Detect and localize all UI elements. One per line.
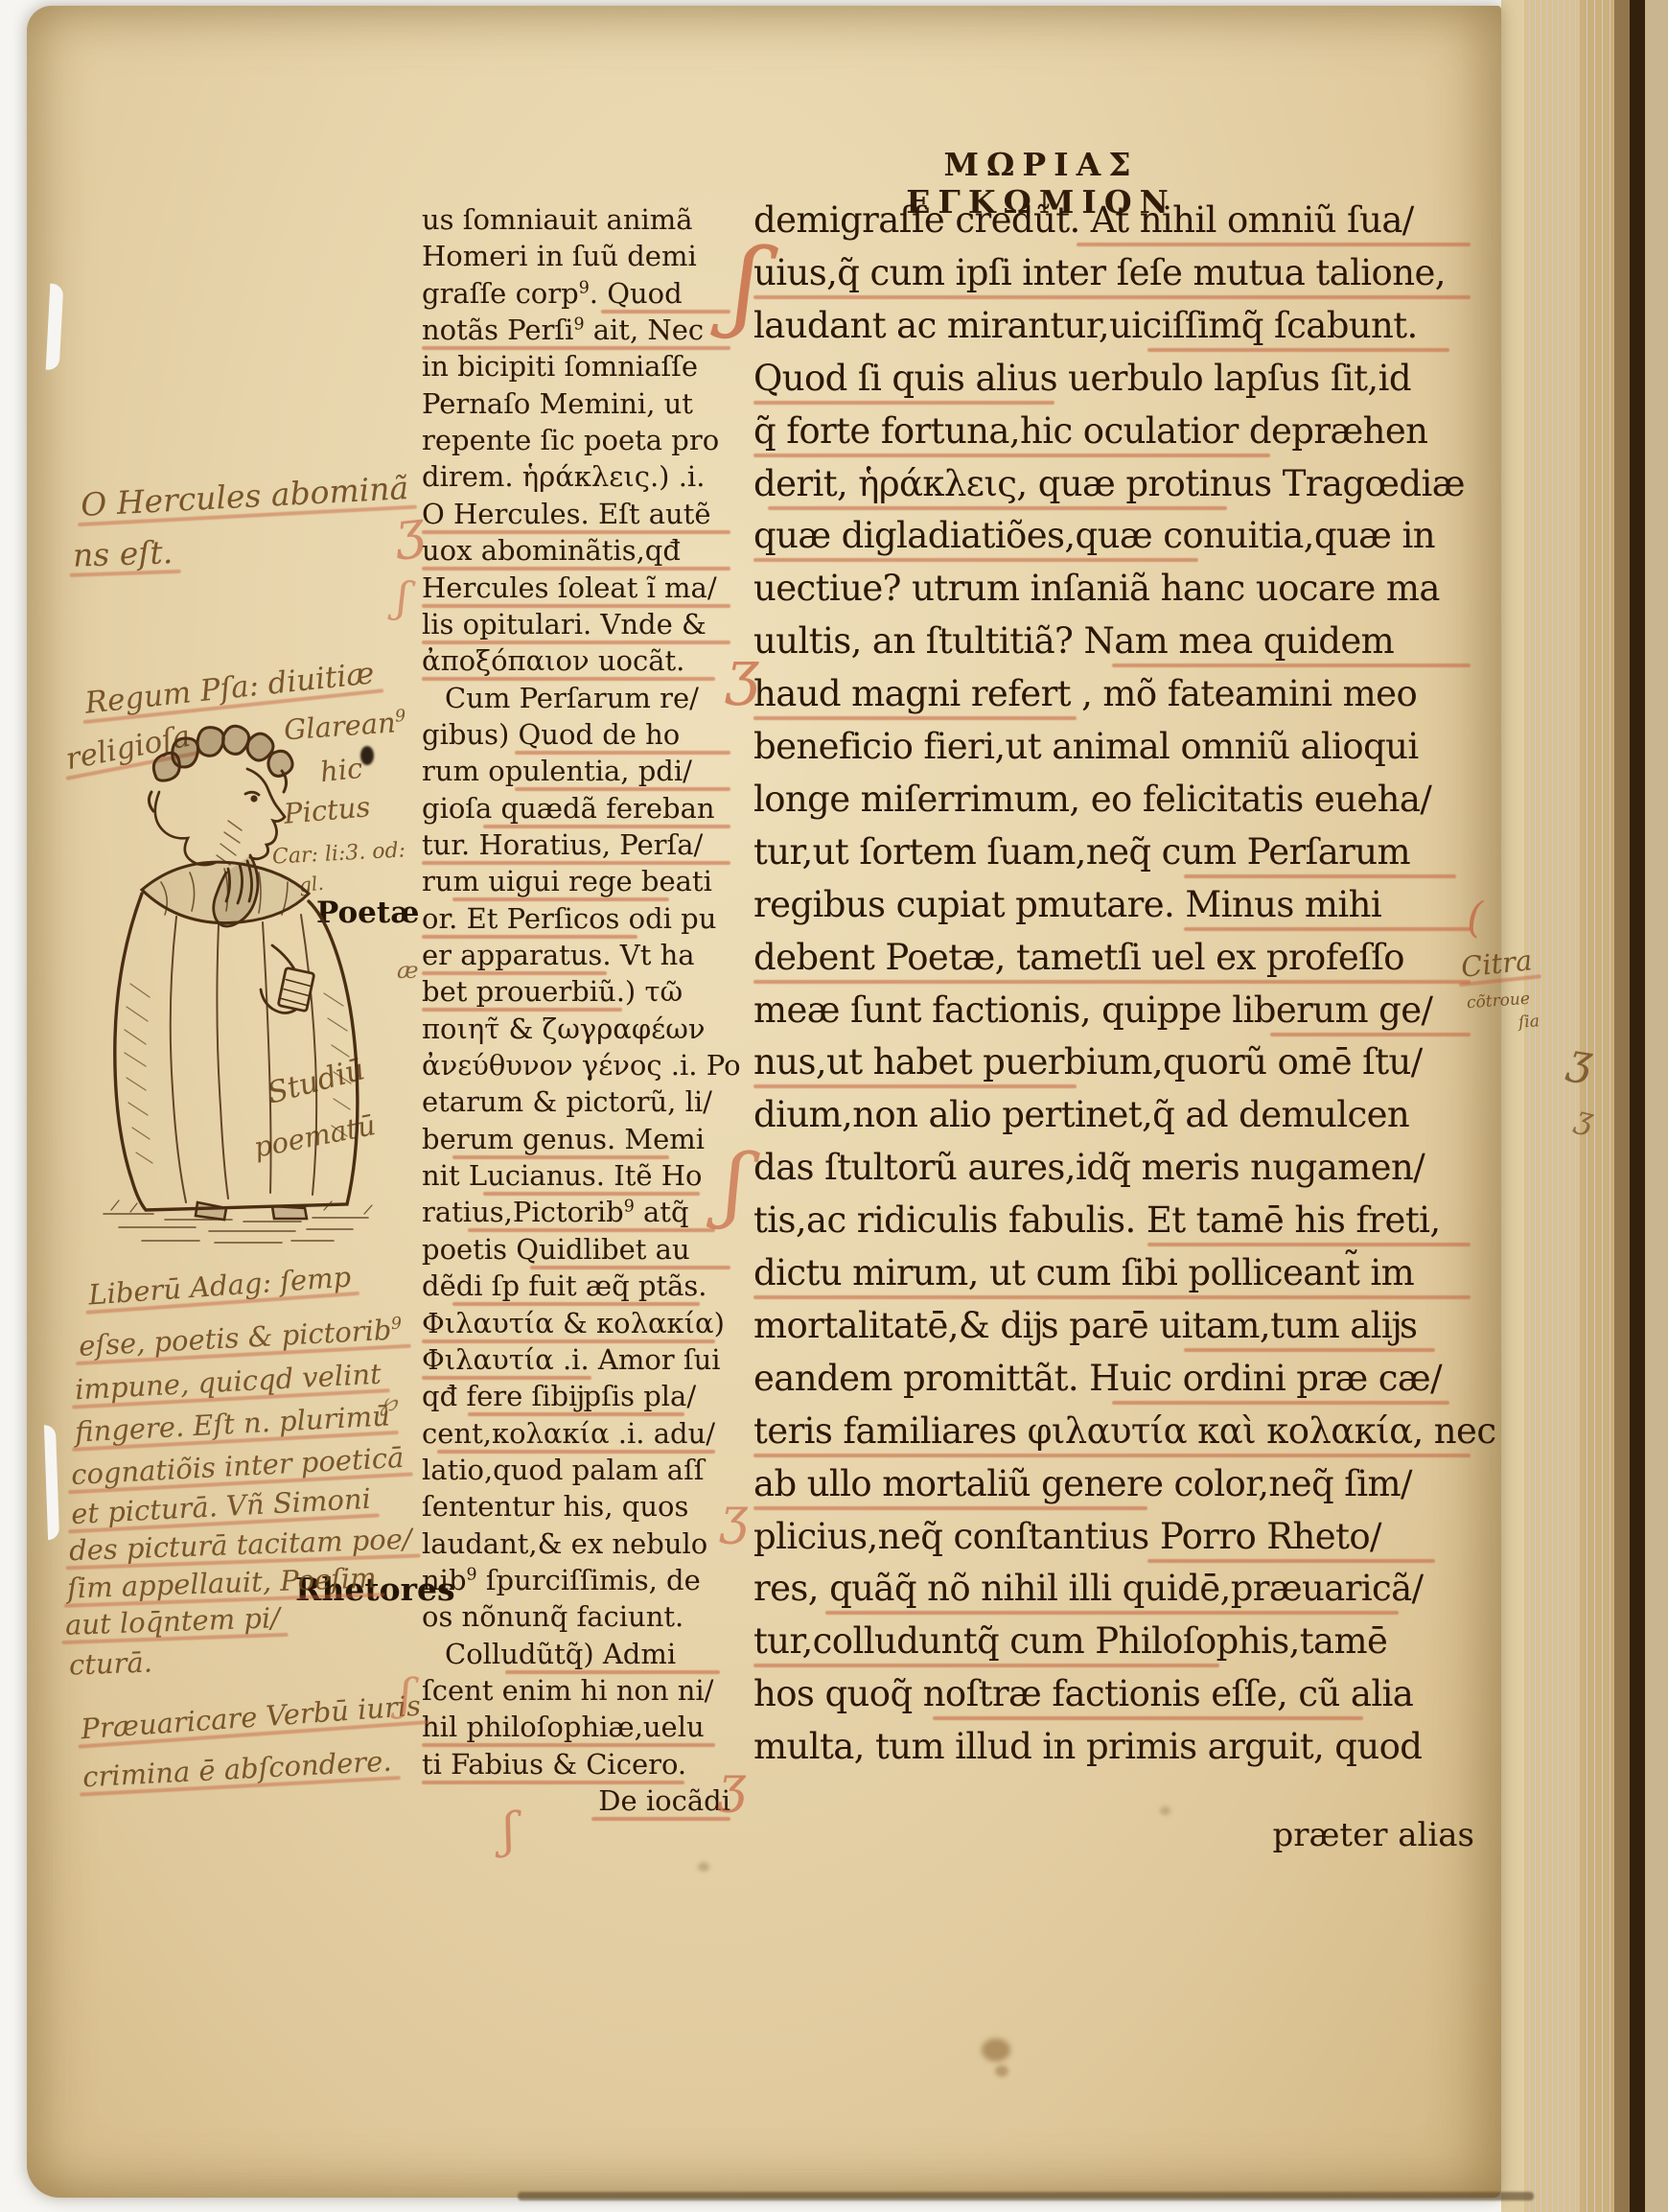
main-text-line: Quod ſi quis alius uerbulo lapſus ſit,id [753,358,1471,399]
printed-text: das ſtultorũ aures,idq̃ meris nugamen/ [753,1147,1425,1188]
commentary-line: etarum & pictorũ, li/ [422,1085,730,1118]
printed-text: ποιητ̃ & ζωγραφέων [422,1013,706,1045]
main-text-line: haud magni refert , mõ fateamini meo [753,673,1471,714]
printed-text: multa, tum illud in primis arguit, quod [753,1726,1422,1767]
red-underline [79,1720,430,1749]
commentary-line: ſententur his, quos [422,1490,730,1523]
printed-text: nit Lucianus. Itẽ Ho [422,1159,702,1192]
red-underline [768,506,1227,510]
red-underline [753,295,1471,299]
main-text-line: dium,non alio pertinet,q̃ ad demulcen [753,1094,1471,1135]
printed-text: nib9 ſpurciſſimis, de [422,1564,701,1596]
main-text-line: das ſtultorũ aures,idq̃ meris nugamen/ [753,1147,1471,1188]
commentary-line: lis opitulari. Vnde & [422,608,730,640]
handwritten-note: impune, quicqd velint [74,1358,382,1407]
commentary-line: hil philoſophiæ,uelu [422,1711,730,1743]
printed-text: uultis, an ſtultitiã? Nam mea quidem [753,620,1394,662]
handwritten-note: ſia [1517,1012,1540,1032]
ink-flourish-mark: ʒ [392,503,427,558]
red-underline [591,1817,730,1821]
poet-figure [104,726,372,1243]
cloak [115,894,358,1210]
printed-text: er apparatus. Vt ha [422,939,695,971]
catchword: præter alias [995,1816,1474,1854]
handwritten-note: ns eſt. [72,533,173,574]
ink-flourish-mark: ( [1467,897,1483,940]
printed-text: gioſa quædã fereban [422,792,715,825]
main-text-line: quæ digladiatiões,quæ conuitia,quæ in [753,515,1471,556]
red-underline [753,716,1077,720]
printed-text: demigraſſe credũt. At nihil omniũ ſua/ [753,199,1414,241]
fore-edge-pages-lined [1524,0,1580,2212]
main-text-line: beneficio fieri,ut animal omniũ alioqui [753,726,1471,767]
printed-text: tis,ac ridiculis fabulis. Et tamē his fr… [753,1199,1441,1241]
torn-edge-notch [46,284,64,371]
printed-text: ἀποξόπαιον uocãt. [422,644,684,677]
red-underline [1077,243,1471,246]
printed-text: lis opitulari. Vnde & [422,608,707,640]
main-text-line: derit, ἡράκλεις, quæ protinus Tragœdiæ [753,463,1471,504]
main-text-line: hos quoq̃ noſtræ factionis eſſe, cũ alia [753,1673,1471,1714]
printed-text: tur,ut ſortem ſuam,neq̃ cum Perſarum [753,831,1410,873]
commentary-line: ποιητ̃ & ζωγραφέων [422,1013,730,1045]
main-text-line: tur,colluduntq̃ cum Philoſophis,tamē [753,1620,1471,1662]
printed-text: tur,colluduntq̃ cum Philoſophis,tamē [753,1620,1387,1662]
commentary-line: or. Et Perſicos odi pu [422,902,730,935]
printed-text: nus,ut habet puerbium,quorũ omē ſtu/ [753,1041,1423,1083]
printed-text: beneficio fieri,ut animal omniũ alioqui [753,726,1419,767]
red-underline [753,980,1471,984]
printed-text: derit, ἡράκλεις, quæ protinus Tragœdiæ [753,463,1465,504]
main-text-line: regibus cupiat pmutare. Minus mihi [753,884,1471,925]
commentary-line: dẽdi ſp fuit æq̃ ptãs. [422,1269,730,1302]
commentary-line: rum opulentia, pdi/ [422,755,730,787]
red-underline [1147,1559,1434,1563]
printed-text: res, quãq̃ nõ nihil illi quidē,præuaricã… [753,1568,1424,1609]
red-underline [753,558,1198,562]
ink-flourish-mark: ʃ [722,1142,749,1225]
printed-text: etarum & pictorũ, li/ [422,1085,712,1118]
commentary-line: De iocãdi [422,1784,730,1817]
main-text-line: uectiue? utrum inſaniã hanc uocare ma [753,568,1471,609]
printed-text: poetis Quidlibet au [422,1233,690,1266]
red-underline [80,1776,400,1797]
page-bottom-edge-shadow [518,2192,1534,2200]
printed-text: plicius,neq̃ conſtantius Porro Rheto/ [753,1516,1381,1557]
handwritten-note: fingere. Eſt n. plurimū [74,1399,390,1448]
collar [142,862,309,922]
commentary-line: poetis Quidlibet au [422,1233,730,1266]
handwritten-note: Præuaricare Verbū iuris [80,1689,422,1746]
commentary-line: ti Fabius & Cicero. [422,1748,730,1781]
printed-text: ſententur his, quos [422,1490,688,1523]
printed-text: uox abominãtis,qđ [422,534,681,567]
commentary-line: notãs Perſi9 ait, Nec [422,314,730,346]
printed-text: in bicipiti ſomniaſſe [422,350,698,383]
scanned-book-page-photo: { "colors":{"paper":"#e7d4ab","ink":"#2a… [0,0,1668,2212]
commentary-line: Colludũtq̃) Admi [422,1638,753,1670]
handwritten-note: aut loq̄ntem pi/ [64,1601,280,1642]
main-text-line: mortalitatē,& dĳs parē uitam,tum alĳs [753,1305,1471,1346]
fore-edge-shadow [1614,0,1630,2212]
handwritten-note: Citra [1459,943,1533,984]
printed-text: teris familiares φιλαυτία καὶ κολακία, n… [753,1410,1495,1452]
printed-text: qđ fere ſibĳpſis pla/ [422,1380,696,1412]
printed-text: berum genus. Memi [422,1123,705,1155]
commentary-line: graſſe corp9. Quod [422,277,730,310]
printed-text: os nõnunq̃ faciunt. [422,1600,683,1633]
ink-flourish-mark: ʒ [726,642,759,702]
handwritten-note: crimina ē abſcondere. [81,1745,392,1794]
printed-text: latio,quod palam aſſ [422,1454,705,1486]
printed-text: cent,κολακία .i. adu/ [422,1417,715,1450]
red-underline [753,1295,1471,1299]
red-underline [70,570,181,577]
printed-text: bet prouerbiũ.) τῶ [422,975,683,1008]
main-text-line: nus,ut habet puerbium,quorũ omē ſtu/ [753,1041,1471,1083]
printed-text: Φιλαυτία .i. Amor ſui [422,1343,721,1376]
printed-text: hil philoſophiæ,uelu [422,1711,705,1743]
book-page: ΜΩΡΙΑΣ ΕΓΚΩΜΙΟΝ us ſomniauit animãHomeri… [27,6,1501,2198]
commentary-line: tur. Horatius, Perſa/ [422,828,730,861]
commentary-line: Homeri in ſuũ demi [422,240,730,272]
printed-text: Hercules ſoleat ĩ ma/ [422,571,717,604]
handwritten-note: eſse, poetis & pictorib9 [78,1313,403,1362]
fore-edge-pages-light [1501,0,1524,2212]
printed-text: laudant ac mirantur,uiciſſimq̃ ſcabunt. [753,305,1418,346]
printed-text: Colludũtq̃) Admi [445,1638,676,1670]
main-text-line: q̃ forte fortuna,hic oculatior depræhen [753,410,1471,452]
ink-flourish-mark: ʃ [399,1672,412,1716]
printed-text: meæ ſunt factionis, quippe liberum ge/ [753,990,1432,1031]
red-underline [1184,874,1456,878]
printed-text: Φιλαυτία & κολακία) [422,1307,725,1339]
commentary-line: latio,quod palam aſſ [422,1454,730,1486]
printed-text: hos quoq̃ noſtræ factionis eſſe, cũ alia [753,1673,1413,1714]
red-underline [1147,348,1448,352]
commentary-line: berum genus. Memi [422,1123,730,1155]
red-underline [1184,1348,1435,1352]
red-underline [753,1454,1471,1457]
red-underline [78,505,417,527]
red-underline [753,401,1054,405]
printed-text: repente ſic poeta pro [422,424,719,456]
commentary-line: ἀνεύθυνον γένος .i. Po [422,1049,730,1082]
stain-or-blot [698,1862,709,1872]
commentary-line: repente ſic poeta pro [422,424,730,456]
red-underline [1270,1033,1471,1036]
ink-flourish-mark: ʒ [720,1492,748,1542]
printed-text: longe miſerrimum, eo felicitatis eueha/ [753,779,1431,820]
main-text-line: dictu mirum, ut cum ſibi polliceant̃ im [753,1252,1471,1293]
main-text-line: tis,ac ridiculis fabulis. Et tamē his fr… [753,1199,1471,1241]
printed-text: debent Poetæ, tametſi uel ex profeſſo [753,937,1404,978]
commentary-line: er apparatus. Vt ha [422,939,730,971]
main-text-line: debent Poetæ, tametſi uel ex profeſſo [753,937,1471,978]
printed-text: Cum Perſarum re/ [445,682,699,714]
commentary-line: Φιλαυτία .i. Amor ſui [422,1343,730,1376]
printed-text: Quod ſi quis alius uerbulo lapſus ſit,id [753,358,1411,399]
main-text-line: eandem promittãt. Huic ordini præ cæ/ [753,1358,1471,1399]
red-underline [753,1084,1077,1088]
main-text-line: longe miſerrimum, eo felicitatis eueha/ [753,779,1471,820]
red-underline [753,1506,1147,1510]
red-underline [1147,1243,1471,1246]
handwritten-note: O Hercules abominã [80,469,409,524]
commentary-line: in bicipiti ſomniaſſe [422,350,730,383]
commentary-line: ſcent enim hi non ni/ [422,1674,730,1707]
ink-flourish-mark: ʃ [395,577,409,620]
printed-text: q̃ forte fortuna,hic oculatior depræhen [753,410,1427,452]
commentary-line: gibus) Quod de ho [422,718,730,751]
printed-text: uius,q̃ cum ipſi inter ſeſe mutua talion… [753,252,1446,293]
red-underline [933,1716,1363,1720]
printed-text: or. Et Perſicos odi pu [422,902,716,935]
commentary-line: cent,κολακία .i. adu/ [422,1417,730,1450]
main-text-line: plicius,neq̃ conſtantius Porro Rheto/ [753,1516,1471,1557]
printed-text: laudant,& ex nebulo [422,1527,707,1560]
red-underline [1112,1401,1449,1405]
commentary-line: ἀποξόπαιον uocãt. [422,644,730,677]
commentary-line: nib9 ſpurciſſimis, de [422,1564,730,1596]
red-underline [825,1611,1399,1615]
stain-or-blot [995,2065,1008,2077]
red-underline [753,1664,1219,1667]
handwritten-note: Liberū Adag: ſemp [87,1260,352,1311]
stain-or-blot [1160,1806,1170,1815]
commentary-line: Φιλαυτία & κολακία) [422,1307,730,1339]
commentary-line: bet prouerbiũ.) τῶ [422,975,730,1008]
handwritten-note: cturā. [68,1645,152,1681]
printed-text: mortalitatē,& dĳs parē uitam,tum alĳs [753,1305,1417,1346]
printed-text: Homeri in ſuũ demi [422,240,697,272]
commentary-line: ratius,Pictorib9 atq̃ [422,1196,730,1228]
red-underline [1112,664,1471,667]
commentary-line: uox abominãtis,qđ [422,534,730,567]
printed-text: tur. Horatius, Perſa/ [422,828,703,861]
printed-text: ratius,Pictorib9 atq̃ [422,1196,689,1228]
printed-text: us ſomniauit animã [422,203,693,236]
ink-flourish-mark: ʃ [500,1806,517,1855]
main-text-line: demigraſſe credũt. At nihil omniũ ſua/ [753,199,1471,241]
printed-text: notãs Perſi9 ait, Nec [422,314,704,346]
printed-text: quæ digladiatiões,quæ conuitia,quæ in [753,515,1435,556]
main-text-line: ab ullo mortaliũ genere color,neq̃ ſim/ [753,1463,1471,1504]
printed-text: graſſe corp9. Quod [422,277,683,310]
printed-text: ti Fabius & Cicero. [422,1748,686,1781]
printed-text: Pernaſo Memini, ut [422,387,693,420]
stain-or-blot [982,2038,1010,2061]
commentary-line: direm. ἡράκλεις.) .i. [422,460,730,493]
printed-text: regibus cupiat pmutare. Minus mihi [753,884,1381,925]
printed-text: haud magni refert , mõ fateamini meo [753,673,1417,714]
binding-board [1645,0,1668,2212]
printed-text: rum opulentia, pdi/ [422,755,692,787]
red-underline [753,454,1270,457]
main-text-line: laudant ac mirantur,uiciſſimq̃ ſcabunt. [753,305,1471,346]
printed-text: gibus) Quod de ho [422,718,680,751]
main-text-line: res, quãq̃ nõ nihil illi quidē,præuaricã… [753,1568,1471,1609]
printed-text: De iocãdi [598,1784,730,1817]
commentary-line: rum uigui rege beati [422,865,730,897]
commentary-line: Hercules ſoleat ĩ ma/ [422,571,730,604]
printed-text: eandem promittãt. Huic ordini præ cæ/ [753,1358,1442,1399]
commentary-line: nit Lucianus. Itẽ Ho [422,1159,730,1192]
printed-text: dium,non alio pertinet,q̃ ad demulcen [753,1094,1409,1135]
hair [155,792,215,865]
printed-text: dẽdi ſp fuit æq̃ ptãs. [422,1269,707,1302]
woodcut-figure-illustration [84,677,449,1252]
red-underline [85,1292,359,1315]
binding-dark-line [1630,0,1645,2212]
commentary-line: Cum Perſarum re/ [422,682,753,714]
main-text-line: multa, tum illud in primis arguit, quod [753,1726,1471,1767]
red-underline [62,1633,289,1644]
printed-text: O Hercules. Eſt autẽ [422,498,711,530]
red-underline [1184,927,1471,931]
main-text-line: meæ ſunt factionis, quippe liberum ge/ [753,990,1471,1031]
commentary-line: os nõnunq̃ faciunt. [422,1600,730,1633]
ink-flourish-mark: ʒ [718,1760,746,1810]
printed-text: ἀνεύθυνον γένος .i. Po [422,1049,741,1082]
printed-text: ab ullo mortaliũ genere color,neq̃ ſim/ [753,1463,1412,1504]
main-text-line: uius,q̃ cum ipſi inter ſeſe mutua talion… [753,252,1471,293]
torn-edge-notch [44,1425,59,1540]
commentary-line: us ſomniauit animã [422,203,730,236]
commentary-line: Pernaſo Memini, ut [422,387,730,420]
printed-text: direm. ἡράκλεις.) .i. [422,460,705,493]
commentary-line: gioſa quædã fereban [422,792,730,825]
commentary-line: laudant,& ex nebulo [422,1527,730,1560]
commentary-line: qđ fere ſibĳpſis pla/ [422,1380,730,1412]
printed-text: ſcent enim hi non ni/ [422,1674,713,1707]
main-text-line: teris familiares φιλαυτία καὶ κολακία, n… [753,1410,1471,1452]
printed-text: rum uigui rege beati [422,865,712,897]
printed-text: dictu mirum, ut cum ſibi polliceant̃ im [753,1252,1414,1293]
main-text-line: uultis, an ſtultitiã? Nam mea quidem [753,620,1471,662]
commentary-line: O Hercules. Eſt autẽ [422,498,730,530]
ink-flourish-mark: ℘ [380,1390,397,1415]
printed-text: uectiue? utrum inſaniã hanc uocare ma [753,568,1440,609]
main-text-line: tur,ut ſortem ſuam,neq̃ cum Perſarum [753,831,1471,873]
